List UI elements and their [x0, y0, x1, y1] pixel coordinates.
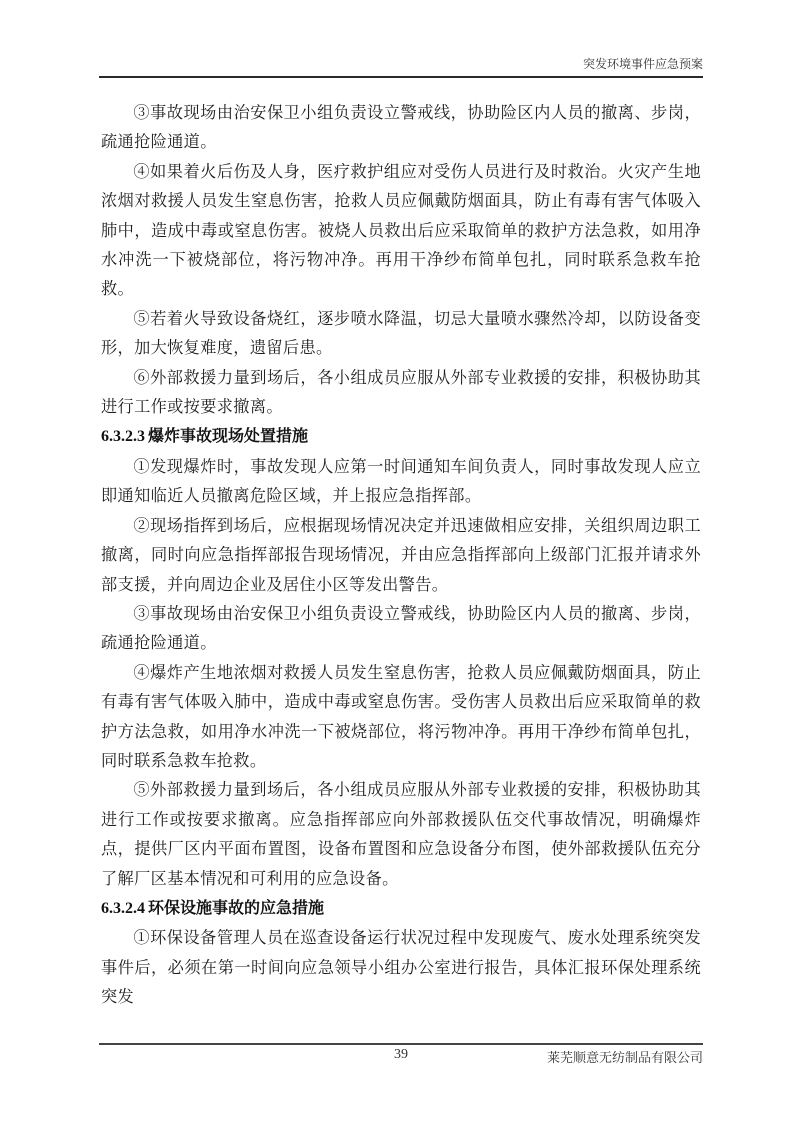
page-body: ③事故现场由治安保卫小组负责设立警戒线，协助险区内人员的撤离、步岗，疏通抢险通道… — [101, 98, 701, 1012]
paragraph-item-4-explosion: ④爆炸产生地浓烟对救援人员发生窒息伤害，抢救人员应佩戴防烟面具，防止有毒有害气体… — [101, 658, 701, 776]
paragraph-item-3-fire: ③事故现场由治安保卫小组负责设立警戒线，协助险区内人员的撤离、步岗，疏通抢险通道… — [101, 98, 701, 157]
paragraph-item-5-explosion: ⑤外部救援力量到场后，各小组成员应服从外部专业救援的安排，积极协助其进行工作或按… — [101, 775, 701, 893]
paragraph-item-3-explosion: ③事故现场由治安保卫小组负责设立警戒线，协助险区内人员的撤离、步岗，疏通抢险通道… — [101, 599, 701, 658]
company-name: 莱芜顺意无纺制品有限公司 — [547, 1047, 703, 1066]
page-header: 突发环境事件应急预案 — [99, 48, 703, 78]
document-title: 突发环境事件应急预案 — [583, 55, 703, 72]
section-number: 6.3.2.3 — [101, 428, 145, 445]
page-footer: 39 莱芜顺意无纺制品有限公司 — [99, 1043, 703, 1069]
paragraph-item-1-env-facility: ①环保设备管理人员在巡查设备运行状况过程中发现废气、废水处理系统突发事件后，必须… — [101, 923, 701, 1011]
section-heading-explosion: 6.3.2.3爆炸事故现场处置措施 — [101, 421, 701, 451]
section-number: 6.3.2.4 — [101, 900, 145, 917]
paragraph-item-4-fire: ④如果着火后伤及人身，医疗救护组应对受伤人员进行及时救治。火灾产生地浓烟对救援人… — [101, 157, 701, 304]
section-heading-env-facility: 6.3.2.4环保设施事故的应急措施 — [101, 893, 701, 923]
paragraph-item-5-fire: ⑤若着火导致设备烧红，逐步喷水降温，切忌大量喷水骤然冷却，以防设备变形，加大恢复… — [101, 304, 701, 363]
section-title: 爆炸事故现场处置措施 — [148, 426, 308, 445]
paragraph-item-1-explosion: ①发现爆炸时，事故发现人应第一时间通知车间负责人，同时事故发现人应立即通知临近人… — [101, 452, 701, 511]
paragraph-item-6-fire: ⑥外部救援力量到场后，各小组成员应服从外部专业救援的安排，积极协助其进行工作或按… — [101, 363, 701, 422]
section-title: 环保设施事故的应急措施 — [148, 898, 324, 917]
paragraph-item-2-explosion: ②现场指挥到场后，应根据现场情况决定并迅速做相应安排，关组织周边职工撤离，同时向… — [101, 511, 701, 599]
